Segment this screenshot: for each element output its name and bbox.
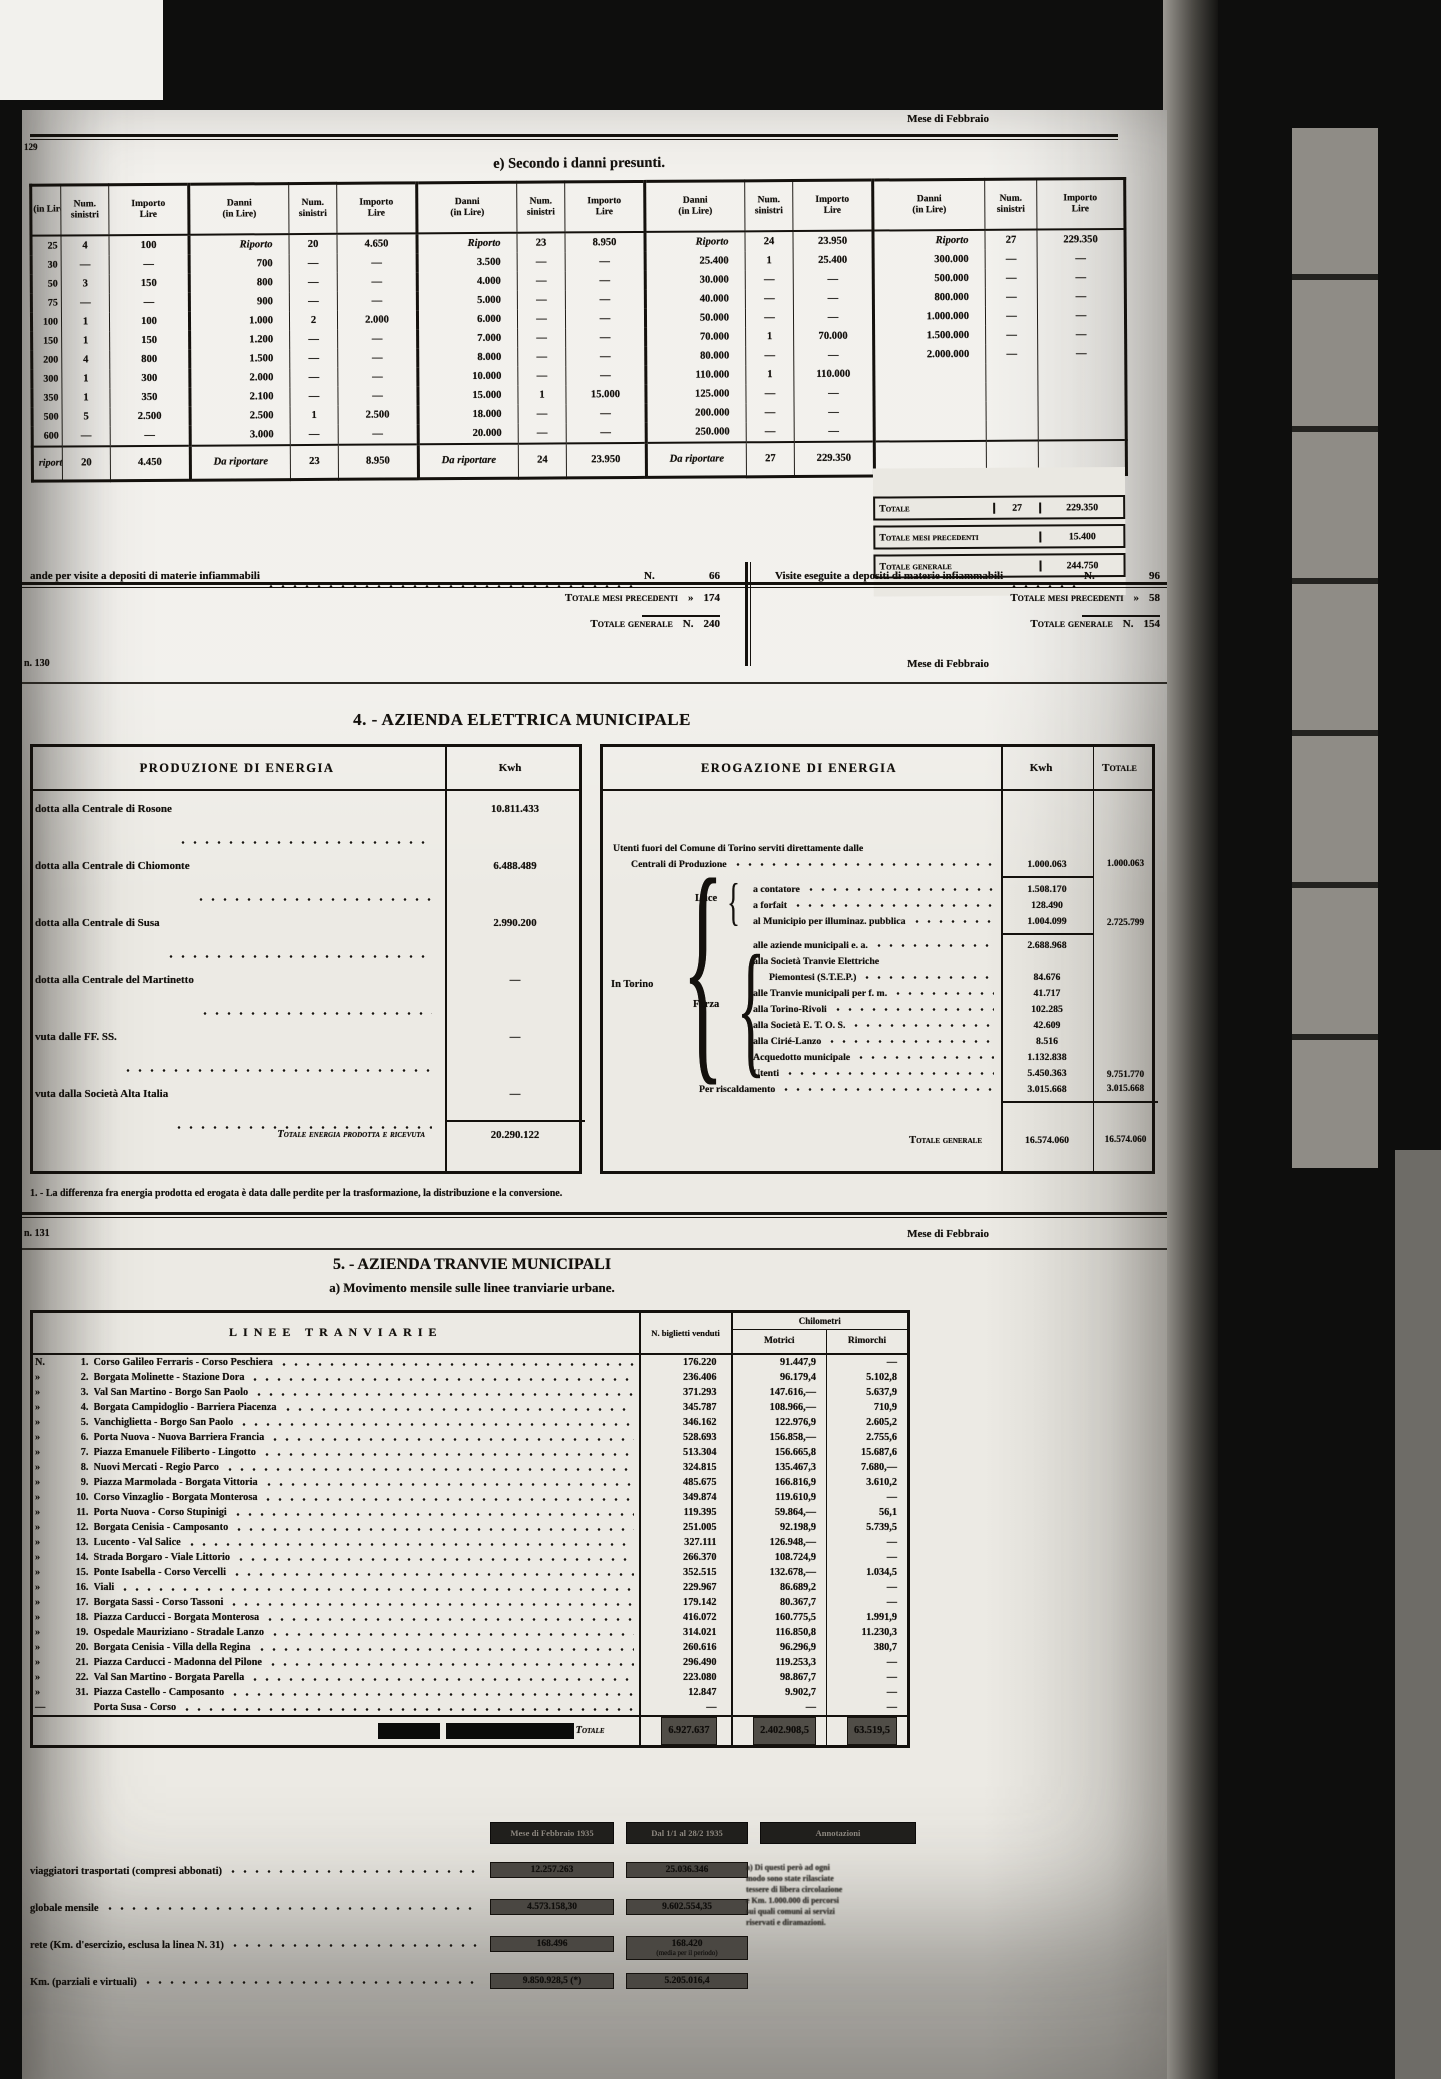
- cell: [874, 420, 986, 441]
- summary-value-range: 168.420(media per il periodo): [626, 1936, 748, 1960]
- dot-leader: [232, 1511, 634, 1517]
- cell: —: [338, 329, 418, 348]
- line-name-cell: Lucento - Val Salice: [94, 1535, 640, 1550]
- line-name-cell: Piazza Emanuele Filiberto - Lingotto: [94, 1445, 640, 1460]
- cell: [1038, 362, 1126, 382]
- line-name-cell: Val San Martino - Borgata Parella: [94, 1670, 640, 1685]
- dot-leader: [253, 1391, 633, 1397]
- dot-leader: [263, 1481, 634, 1487]
- luce-kwh: 1.004.099: [1001, 916, 1093, 927]
- scan-white-corner: [0, 0, 163, 100]
- rimorchi-value: 2.605,2: [827, 1415, 909, 1430]
- dot-leader: [249, 1376, 633, 1382]
- cell: —: [337, 291, 417, 310]
- cell: 3.000: [190, 425, 290, 446]
- tram-row: N. 1. Corso Galileo Ferraris - Corso Pes…: [32, 1354, 909, 1370]
- tram-total-motrici: 2.402.908,5: [753, 1717, 816, 1745]
- cell: 800: [110, 349, 190, 368]
- tram-row: » 13. Lucento - Val Salice 327.111 126.9…: [32, 1535, 909, 1550]
- tram-header: LINEE TRANVIARIE N. biglietti venduti Ch…: [32, 1312, 909, 1354]
- tickets-value: 485.675: [640, 1475, 732, 1490]
- cell: [874, 382, 986, 402]
- dot-leader: [177, 839, 432, 845]
- total-row: Totale 27 229.350: [873, 495, 1125, 521]
- tram-row: » 8. Nuovi Mercati - Regio Parco 324.815…: [32, 1460, 909, 1475]
- rimorchi-value: 5.739,5: [827, 1520, 909, 1535]
- distribution-total-row: Totale generale 16.574.060 16.574.060: [603, 1129, 1152, 1157]
- luce-brace: {: [727, 877, 739, 929]
- cell: 70.000: [794, 326, 874, 345]
- tickets-value: 324.815: [640, 1460, 732, 1475]
- line-name: Nuovi Mercati - Regio Parco: [94, 1460, 219, 1475]
- cell: 1: [62, 369, 110, 388]
- cell: Riporto: [873, 229, 985, 250]
- cell: 3.500: [417, 252, 517, 272]
- cell: 1.200: [190, 330, 290, 350]
- cell: 24: [745, 231, 793, 251]
- cell: 1: [62, 388, 110, 407]
- col-num: Num.sinistri: [61, 185, 109, 235]
- cell: —: [517, 252, 565, 271]
- line-number: 8.: [58, 1460, 94, 1475]
- tickets-value: 346.162: [640, 1415, 732, 1430]
- cell: [986, 363, 1038, 382]
- tickets-value: 345.787: [640, 1400, 732, 1415]
- tram-row: » 12. Borgata Cenisia - Camposanto 251.0…: [32, 1520, 909, 1535]
- cell: —: [338, 367, 418, 386]
- cell: —: [110, 425, 190, 445]
- cell: —: [62, 426, 110, 446]
- cell: Riporto: [417, 232, 517, 253]
- footer-cell: riportare: [32, 446, 62, 481]
- cell: 300: [110, 368, 190, 387]
- line-name-cell: Corso Vinzaglio - Borgata Monterosa: [94, 1490, 640, 1505]
- line-prefix: »: [32, 1580, 58, 1595]
- riscaldamento-total: 3.015.668: [1093, 1084, 1158, 1094]
- cell: —: [746, 403, 794, 422]
- cell: 2.000.000: [874, 344, 986, 364]
- cell: 1.500.000: [874, 325, 986, 345]
- cell: 350: [110, 387, 190, 406]
- production-row: dotta alla Centrale di Rosone 10.811.433: [33, 791, 579, 848]
- dot-leader: [780, 1086, 994, 1092]
- col-danni: Danni(in Lire): [417, 182, 517, 233]
- prev-count: 58: [1149, 592, 1160, 604]
- motrici-value: 9.902,7: [732, 1685, 827, 1700]
- line-number: 14.: [58, 1550, 94, 1565]
- line-number: 18.: [58, 1610, 94, 1625]
- rimorchi-value: 11.230,3: [827, 1625, 909, 1640]
- dot-leader: [873, 942, 994, 948]
- section5-title: 5. - AZIENDA TRANVIE MUNICIPALI: [22, 1256, 922, 1274]
- line-prefix: »: [32, 1520, 58, 1535]
- rimorchi-value: —: [827, 1670, 909, 1685]
- cell: 1: [745, 251, 793, 270]
- cell: 1: [746, 327, 794, 346]
- line-name: Vanchiglietta - Borgo San Paolo: [94, 1415, 234, 1430]
- cell: —: [290, 367, 338, 386]
- tram-row: » 19. Ospedale Mauriziano - Stradale Lan…: [32, 1625, 909, 1640]
- annotation-line: tessere di libera circolazione: [746, 1884, 916, 1895]
- total-prev-importo: 15.400: [1039, 531, 1123, 543]
- cell: 70.000: [646, 327, 746, 347]
- cell: —: [289, 253, 337, 272]
- tram-row: » 21. Piazza Carducci - Madonna del Pilo…: [32, 1655, 909, 1670]
- line-name-cell: Piazza Carducci - Madonna del Pilone: [94, 1655, 640, 1670]
- distribution-table: EROGAZIONE DI ENERGIA Kwh Totale Utenti …: [600, 744, 1155, 1174]
- line-name: Piazza Emanuele Filiberto - Lingotto: [94, 1445, 256, 1460]
- dot-leader: [195, 896, 432, 902]
- cell: 2.000: [337, 310, 417, 329]
- visits-text: Visite eseguite a depositi di materie in…: [775, 570, 1003, 582]
- n-mark: N.: [683, 618, 694, 630]
- visits-prev-line: Totale mesi precedenti » 58: [775, 592, 1160, 614]
- month-label-mid: Mese di Febbraio: [907, 658, 989, 670]
- cell: 800.000: [873, 287, 985, 307]
- cell: 23.950: [793, 230, 873, 250]
- cell: 30: [31, 255, 61, 274]
- motrici-value: 119.253,3: [732, 1655, 827, 1670]
- line-name: Piazza Marmolada - Borgata Vittoria: [94, 1475, 258, 1490]
- cell: —: [745, 270, 793, 289]
- film-strip-lower: [1395, 1150, 1441, 2079]
- summary-label: rete (Km. d'esercizio, esclusa la linea …: [30, 1940, 224, 1951]
- cell: [986, 420, 1038, 440]
- sum-rule: [642, 615, 720, 617]
- visits-text: ande per visite a depositi di materie in…: [30, 570, 260, 582]
- rimorchi-value: —: [827, 1490, 909, 1505]
- cell: 150: [32, 331, 62, 350]
- cell: —: [566, 422, 646, 442]
- forza-kwh: 1.132.838: [1001, 1052, 1093, 1063]
- in-torino-brace: {: [682, 843, 724, 1093]
- cell: 23: [517, 232, 565, 252]
- line-name: Lucento - Val Salice: [94, 1535, 181, 1550]
- line-prefix: »: [32, 1415, 58, 1430]
- cell: [1038, 400, 1126, 420]
- line-name-cell: Borgata Cenisia - Villa della Regina: [94, 1640, 640, 1655]
- visits-right: Visite eseguite a depositi di materie in…: [775, 570, 1160, 640]
- in-torino-label: In Torino: [611, 979, 653, 990]
- prev-count: 174: [704, 592, 721, 604]
- dot-leader: [186, 1541, 634, 1547]
- forza-label: Piemontesi (S.T.E.P.): [769, 972, 856, 983]
- col-importo: ImportoLire: [337, 183, 417, 233]
- line-number: 6.: [58, 1430, 94, 1445]
- line-prefix: »: [32, 1370, 58, 1385]
- line-name: Piazza Carducci - Borgata Monterosa: [94, 1610, 260, 1625]
- line-name: Ospedale Mauriziano - Stradale Lanzo: [94, 1625, 264, 1640]
- sum-rule: [445, 1120, 585, 1122]
- luce-kwh: 1.508.170: [1001, 884, 1093, 895]
- cell: 300.000: [873, 249, 985, 269]
- cell: —: [565, 289, 645, 308]
- production-label: dotta alla Centrale del Martinetto: [35, 974, 194, 1019]
- line-number: 19.: [58, 1625, 94, 1640]
- cell: 30.000: [645, 270, 745, 290]
- cell: —: [793, 307, 873, 326]
- line-name-cell: Piazza Marmolada - Borgata Vittoria: [94, 1475, 640, 1490]
- tickets-value: 229.967: [640, 1580, 732, 1595]
- rimorchi-value: 15.687,6: [827, 1445, 909, 1460]
- dot-leader: [256, 1646, 634, 1652]
- tram-row: » 22. Val San Martino - Borgata Parella …: [32, 1670, 909, 1685]
- rimorchi-value: —: [827, 1595, 909, 1610]
- line-prefix: »: [32, 1610, 58, 1625]
- cell: —: [1038, 324, 1126, 344]
- rimorchi-value: —: [827, 1655, 909, 1670]
- cell: 40.000: [645, 289, 745, 309]
- motrici-value: 132.678,—: [732, 1565, 827, 1580]
- tram-row: » 6. Porta Nuova - Nuova Barriera Franci…: [32, 1430, 909, 1445]
- cell: —: [338, 386, 418, 405]
- motrici-value: 156.858,—: [732, 1430, 827, 1445]
- line-name: Borgata Cenisia - Camposanto: [94, 1520, 229, 1535]
- tram-total-rimorchi-cell: 63.519,5: [827, 1716, 909, 1747]
- electric-footnote: 1. - La differenza fra energia prodotta …: [30, 1188, 890, 1199]
- line-name-cell: Piazza Carducci - Borgata Monterosa: [94, 1610, 640, 1625]
- production-table: PRODUZIONE DI ENERGIA Kwh dotta alla Cen…: [30, 744, 582, 1174]
- cell: —: [794, 402, 874, 421]
- line-name-cell: Borgata Molinette - Stazione Dora: [94, 1370, 640, 1385]
- cell: —: [337, 272, 417, 291]
- rule-thin: [22, 1248, 1167, 1250]
- tram-row: » 20. Borgata Cenisia - Villa della Regi…: [32, 1640, 909, 1655]
- col-num: Num.sinistri: [985, 179, 1037, 229]
- production-value: 2.990.200: [445, 917, 585, 929]
- line-prefix: —: [32, 1700, 58, 1716]
- summary-header-month: Mese di Febbraio 1935: [490, 1822, 614, 1844]
- production-label: dotta alla Centrale di Rosone: [35, 803, 172, 848]
- dot-leader: [282, 1406, 634, 1412]
- cell: 4.000: [417, 271, 517, 291]
- production-total-label: Totale energia prodotta e ricevuta: [277, 1129, 425, 1140]
- cell: —: [290, 386, 338, 405]
- rule-thin: [22, 682, 1167, 684]
- cell: 1.500: [190, 349, 290, 369]
- cell: Riporto: [645, 231, 745, 252]
- production-header: PRODUZIONE DI ENERGIA Kwh: [33, 747, 579, 791]
- line-prefix: »: [32, 1670, 58, 1685]
- km-header: Chilometri: [732, 1312, 909, 1330]
- line-number: 31.: [58, 1685, 94, 1700]
- line-name-cell: Piazza Castello - Camposanto: [94, 1685, 640, 1700]
- cell: —: [986, 344, 1038, 363]
- summary-header-range: Dal 1/1 al 28/2 1935: [626, 1822, 748, 1844]
- outside-total: 1.000.063: [1093, 859, 1158, 869]
- ditto-mark: »: [1134, 592, 1140, 604]
- forza-label: alla Società E. T. O. S.: [753, 1020, 845, 1031]
- dot-leader: [229, 1942, 477, 1948]
- col-importo: ImportoLire: [793, 180, 873, 230]
- cell: 4: [62, 350, 110, 369]
- annotation-line: sui quali comuni ai servizi: [746, 1906, 916, 1917]
- forza-kwh: 2.688.968: [1001, 940, 1093, 951]
- col-num: Num.sinistri: [745, 181, 793, 231]
- cell: 8.950: [565, 231, 645, 251]
- line-name-cell: Vanchiglietta - Borgo San Paolo: [94, 1415, 640, 1430]
- forza-label: alle aziende municipali e. a.: [753, 940, 868, 951]
- cell: [1038, 419, 1126, 440]
- production-total-value: 20.290.122: [445, 1129, 585, 1141]
- motrici-value: 116.850,8: [732, 1625, 827, 1640]
- forza-kwh: 42.609: [1001, 1020, 1093, 1031]
- visits-divider: [745, 562, 751, 666]
- cell: —: [109, 254, 189, 273]
- line-prefix: »: [32, 1595, 58, 1610]
- cell: 1: [61, 312, 109, 331]
- production-value: 10.811.433: [445, 803, 585, 815]
- line-name-cell: Porta Nuova - Corso Stupinigi: [94, 1505, 640, 1520]
- rimorchi-value: —: [827, 1685, 909, 1700]
- section-damages: e) Secondo i danni presunti. (in Lire) N…: [29, 152, 1131, 482]
- line-number: 2.: [58, 1370, 94, 1385]
- visits-line: Visite eseguite a depositi di materie in…: [775, 570, 1160, 592]
- rimorchi-value: 56,1: [827, 1505, 909, 1520]
- cell: 25.400: [645, 251, 745, 271]
- cell: 800: [189, 273, 289, 293]
- line-number: 3.: [58, 1385, 94, 1400]
- cell: —: [985, 287, 1037, 306]
- tram-total-motrici-cell: 2.402.908,5: [732, 1716, 827, 1747]
- cell: —: [517, 309, 565, 328]
- dot-leader: [235, 1556, 634, 1562]
- footer-cell: 24: [518, 443, 566, 478]
- col-danni-stub: (in Lire): [31, 185, 61, 235]
- summary-value-month: 4.573.158,30: [490, 1899, 614, 1915]
- forza-kwh: 5.450.363: [1001, 1068, 1093, 1079]
- line-prefix: »: [32, 1655, 58, 1670]
- cell: 500: [32, 407, 62, 426]
- rimorchi-value: 710,9: [827, 1400, 909, 1415]
- motrici-value: 59.864,—: [732, 1505, 827, 1520]
- visits-grand-line: Totale generale N. 154: [775, 618, 1160, 640]
- tram-table: LINEE TRANVIARIE N. biglietti venduti Ch…: [30, 1310, 910, 1748]
- dot-leader: [119, 1586, 633, 1592]
- summary-value-month: 9.850.928,5 (*): [490, 1973, 614, 1989]
- footer-cell: 229.350: [794, 441, 874, 476]
- tram-row: » 9. Piazza Marmolada - Borgata Vittoria…: [32, 1475, 909, 1490]
- rimorchi-value: 2.755,6: [827, 1430, 909, 1445]
- cell: —: [565, 251, 645, 270]
- tickets-value: 12.847: [640, 1685, 732, 1700]
- rimorchi-value: 1.991,9: [827, 1610, 909, 1625]
- cell: —: [337, 253, 417, 272]
- rimorchi-value: —: [827, 1354, 909, 1370]
- sum-rule: [1082, 615, 1160, 617]
- dot-leader: [826, 1038, 994, 1044]
- dot-leader: [861, 974, 994, 980]
- total-prev-row: Totale mesi precedenti 15.400: [873, 524, 1125, 550]
- line-name-cell: Borgata Cenisia - Camposanto: [94, 1520, 640, 1535]
- damages-title: e) Secondo i danni presunti.: [29, 152, 1129, 176]
- cell: —: [1037, 267, 1125, 287]
- dot-leader: [233, 1526, 633, 1532]
- production-row: dotta alla Centrale di Chiomonte 6.488.4…: [33, 848, 579, 905]
- cell: 18.000: [418, 404, 518, 424]
- motrici-value: 98.867,7: [732, 1670, 827, 1685]
- col-danni: Danni(in Lire): [645, 181, 745, 232]
- line-number: 15.: [58, 1565, 94, 1580]
- sheet-number-low: n. 131: [24, 1228, 50, 1239]
- luce-label: a forfait: [753, 900, 787, 911]
- rimorchi-value: 380,7: [827, 1640, 909, 1655]
- cell: 80.000: [646, 346, 746, 366]
- forza-kwh: 8.516: [1001, 1036, 1093, 1047]
- cell: —: [565, 270, 645, 289]
- dot-leader: [855, 1054, 994, 1060]
- grand-count: 154: [1144, 618, 1161, 630]
- cell: —: [793, 288, 873, 307]
- line-prefix: »: [32, 1535, 58, 1550]
- summary-value-range: 5.205.016,4: [626, 1973, 748, 1989]
- grand-count: 240: [704, 618, 721, 630]
- tram-row: — Porta Susa - Corso — — —: [32, 1700, 909, 1716]
- line-name: Strada Borgaro - Viale Littorio: [94, 1550, 231, 1565]
- summary-value-month: 168.496: [490, 1936, 614, 1952]
- summary-value-range: 25.036.346: [626, 1862, 748, 1878]
- cell: —: [517, 290, 565, 309]
- line-name: Viali: [94, 1580, 115, 1595]
- rule-section: [22, 582, 1167, 588]
- tickets-value: —: [640, 1700, 732, 1716]
- tram-row: » 11. Porta Nuova - Corso Stupinigi 119.…: [32, 1505, 909, 1520]
- line-prefix: »: [32, 1490, 58, 1505]
- dot-leader: [199, 1010, 432, 1016]
- forza-kwh: 41.717: [1001, 988, 1093, 999]
- cell: 5.000: [417, 290, 517, 310]
- footer-cell: 4.450: [110, 445, 190, 480]
- cell: [986, 382, 1038, 401]
- cell: 50.000: [645, 308, 745, 328]
- visits-left: ande per visite a depositi di materie in…: [30, 570, 720, 640]
- section5-subtitle: a) Movimento mensile sulle linee tranvia…: [22, 1280, 922, 1296]
- cell: Riporto: [189, 234, 289, 255]
- dot-leader: [227, 1868, 477, 1874]
- motrici-value: 160.775,5: [732, 1610, 827, 1625]
- cell: [1038, 381, 1126, 401]
- dot-leader: [805, 886, 994, 892]
- distribution-total-kwh: 16.574.060: [1001, 1135, 1093, 1146]
- rimorchi-value: —: [827, 1550, 909, 1565]
- n-mark: N.: [1084, 570, 1114, 582]
- cell: 100: [109, 234, 189, 254]
- cell: —: [518, 328, 566, 347]
- line-name: Val San Martino - Borgata Parella: [94, 1670, 245, 1685]
- page-edge-shadow: [1163, 0, 1218, 2079]
- line-number: 4.: [58, 1400, 94, 1415]
- cell: —: [338, 424, 418, 444]
- motrici-value: 156.665,8: [732, 1445, 827, 1460]
- film-strip: [1292, 128, 1378, 1168]
- cell: 300: [32, 369, 62, 388]
- cell: 10.000: [418, 366, 518, 386]
- distribution-header: EROGAZIONE DI ENERGIA Kwh Totale: [603, 747, 1152, 791]
- cell: 500.000: [873, 268, 985, 288]
- cell: —: [746, 384, 794, 403]
- total-num: 27: [993, 502, 1039, 513]
- document-page: Mese di Febbraio 129 e) Secondo i danni …: [22, 110, 1167, 2079]
- line-prefix: »: [32, 1385, 58, 1400]
- footer-cell: 23.950: [566, 442, 646, 477]
- tram-row: » 15. Ponte Isabella - Corso Vercelli 35…: [32, 1565, 909, 1580]
- tickets-value: 327.111: [640, 1535, 732, 1550]
- tickets-value: 266.370: [640, 1550, 732, 1565]
- line-number: 17.: [58, 1595, 94, 1610]
- cell: 2: [289, 310, 337, 329]
- cell: —: [566, 327, 646, 346]
- production-value: —: [445, 1031, 585, 1043]
